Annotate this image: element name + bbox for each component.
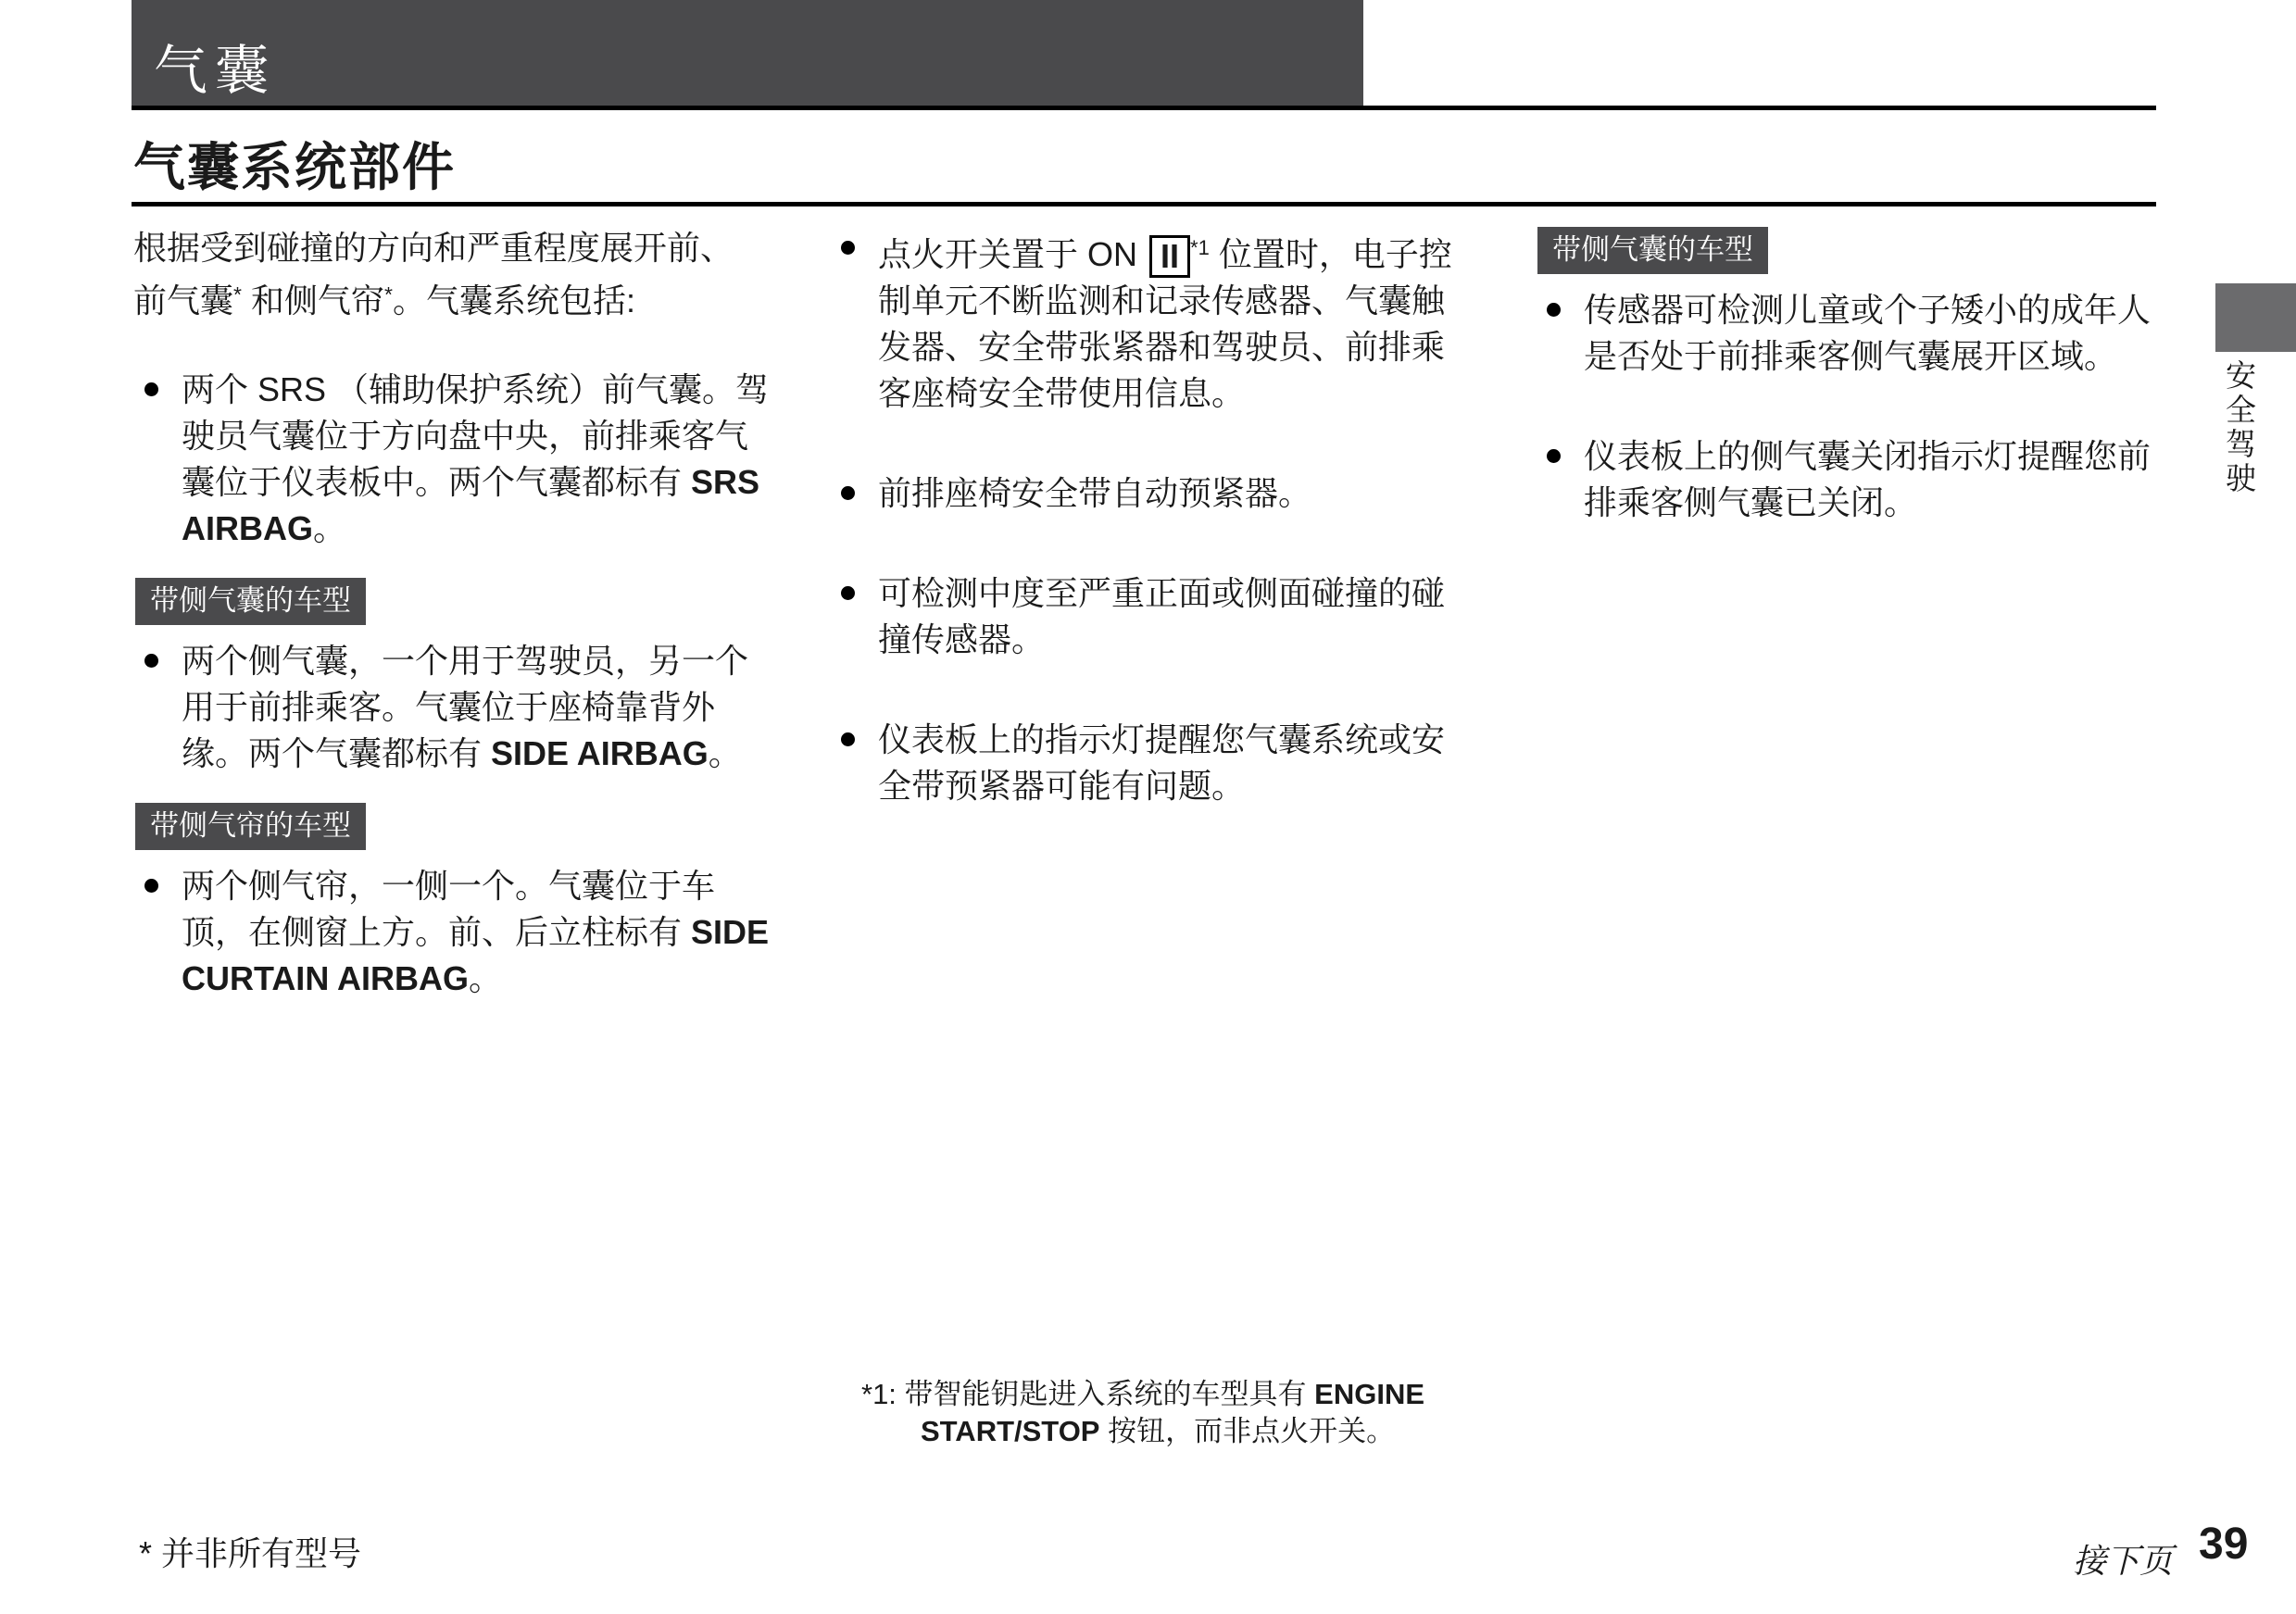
- asterisk-footnote-mark: *: [233, 282, 242, 307]
- system-monitoring-list: 点火开关置于 ON II*1 位置时，电子控制单元不断监测和记录传感器、气囊触发…: [830, 225, 1469, 809]
- section-title-rule: [132, 202, 2156, 206]
- footnote-text: 带智能钥匙进入系统的车型具有: [905, 1378, 1315, 1410]
- intro-paragraph: 根据受到碰撞的方向和严重程度展开前、前气囊* 和侧气帘*。气囊系统包括:: [133, 225, 745, 324]
- page-number: 39: [2199, 1519, 2248, 1570]
- list-item-front-airbags: 两个 SRS （辅助保护系统）前气囊。驾驶员气囊位于方向盘中央，前排乘客气囊位于…: [133, 367, 772, 552]
- chapter-side-tab-label: 安全驾驶: [2217, 359, 2261, 496]
- bullet-text: 两个侧气帘，一侧一个。气囊位于车顶，在侧窗上方。前、后立柱标有: [182, 867, 715, 951]
- bullet-text: 传感器可检测儿童或个子矮小的成年人是否处于前排乘客侧气囊展开区域。: [1584, 291, 2151, 375]
- model-variant-label-side-airbags-2: 带侧气囊的车型: [1537, 227, 1768, 274]
- list-item-side-airbags: 两个侧气囊，一个用于驾驶员，另一个用于前排乘客。气囊位于座椅靠背外缘。两个气囊都…: [133, 638, 772, 777]
- asterisk-footnote-mark: *: [384, 282, 393, 307]
- bullet-text: 仪表板上的侧气囊关闭指示灯提醒您前排乘客侧气囊已关闭。: [1584, 437, 2151, 521]
- chapter-side-tab: [2215, 283, 2296, 352]
- column-left: 根据受到碰撞的方向和严重程度展开前、前气囊* 和侧气帘*。气囊系统包括: 两个 …: [133, 225, 772, 1026]
- chapter-header-bar: 气囊: [132, 0, 1363, 106]
- model-variant-label-side-airbags: 带侧气囊的车型: [135, 578, 366, 625]
- list-item-control-unit: 点火开关置于 ON II*1 位置时，电子控制单元不断监测和记录传感器、气囊触发…: [830, 225, 1469, 417]
- side-airbag-list: 两个侧气囊，一个用于驾驶员，另一个用于前排乘客。气囊位于座椅靠背外缘。两个气囊都…: [133, 638, 772, 777]
- footnote-1: *1: 带智能钥匙进入系统的车型具有 ENGINE START/STOP 按钮，…: [861, 1376, 1458, 1450]
- continued-next-page-label: 接下页: [2073, 1535, 2173, 1583]
- bullet-text: 。: [469, 959, 502, 997]
- list-item-side-airbag-off-indicator: 仪表板上的侧气囊关闭指示灯提醒您前排乘客侧气囊已关闭。: [1536, 433, 2156, 526]
- chapter-title: 气囊: [154, 44, 276, 98]
- footnote-1-mark: *1: [1190, 236, 1210, 259]
- manual-page: 气囊 气囊系统部件 根据受到碰撞的方向和严重程度展开前、前气囊* 和侧气帘*。气…: [0, 0, 2296, 1614]
- model-variant-label-side-curtain: 带侧气帘的车型: [135, 803, 366, 850]
- bullet-text: 。: [313, 509, 346, 547]
- side-curtain-list: 两个侧气帘，一侧一个。气囊位于车顶，在侧窗上方。前、后立柱标有 SIDE CUR…: [133, 863, 772, 1002]
- airbag-component-list: 两个 SRS （辅助保护系统）前气囊。驾驶员气囊位于方向盘中央，前排乘客气囊位于…: [133, 367, 772, 552]
- list-item-side-curtain-airbags: 两个侧气帘，一侧一个。气囊位于车顶，在侧窗上方。前、后立柱标有 SIDE CUR…: [133, 863, 772, 1002]
- side-airbag-sensor-list: 传感器可检测儿童或个子矮小的成年人是否处于前排乘客侧气囊展开区域。 仪表板上的侧…: [1536, 287, 2156, 526]
- intro-text: 和侧气帘: [242, 282, 384, 319]
- list-item-occupant-sensor: 传感器可检测儿童或个子矮小的成年人是否处于前排乘客侧气囊展开区域。: [1536, 287, 2156, 380]
- list-item-indicator: 仪表板上的指示灯提醒您气囊系统或安全带预紧器可能有问题。: [830, 717, 1469, 809]
- bullet-text: 前排座椅安全带自动预紧器。: [878, 474, 1311, 512]
- bullet-text: 。: [709, 734, 742, 772]
- section-title: 气囊系统部件: [133, 139, 456, 196]
- intro-text: 。气囊系统包括:: [393, 282, 635, 319]
- footnote-marker: *1:: [861, 1378, 905, 1410]
- page-footnote-not-all-models: * 并非所有型号: [139, 1528, 361, 1575]
- header-rule: [132, 106, 2156, 110]
- bullet-text: 可检测中度至严重正面或侧面碰撞的碰撞传感器。: [878, 574, 1445, 658]
- list-item-impact-sensors: 可检测中度至严重正面或侧面碰撞的碰撞传感器。: [830, 570, 1469, 663]
- airbag-marking-label: SIDE AIRBAG: [491, 734, 709, 772]
- ignition-position-II-key-icon: II: [1149, 235, 1190, 278]
- footnote-text: 按钮，而非点火开关。: [1099, 1415, 1395, 1447]
- bullet-text: 两个 SRS （辅助保护系统）前气囊。驾驶员气囊位于方向盘中央，前排乘客气囊位于…: [182, 370, 769, 501]
- column-right: 带侧气囊的车型 传感器可检测儿童或个子矮小的成年人是否处于前排乘客侧气囊展开区域…: [1536, 225, 2156, 580]
- list-item-pretensioners: 前排座椅安全带自动预紧器。: [830, 470, 1469, 517]
- bullet-text: 点火开关置于 ON: [878, 235, 1147, 273]
- column-middle: 点火开关置于 ON II*1 位置时，电子控制单元不断监测和记录传感器、气囊触发…: [830, 225, 1469, 863]
- bullet-text: 仪表板上的指示灯提醒您气囊系统或安全带预紧器可能有问题。: [878, 720, 1445, 805]
